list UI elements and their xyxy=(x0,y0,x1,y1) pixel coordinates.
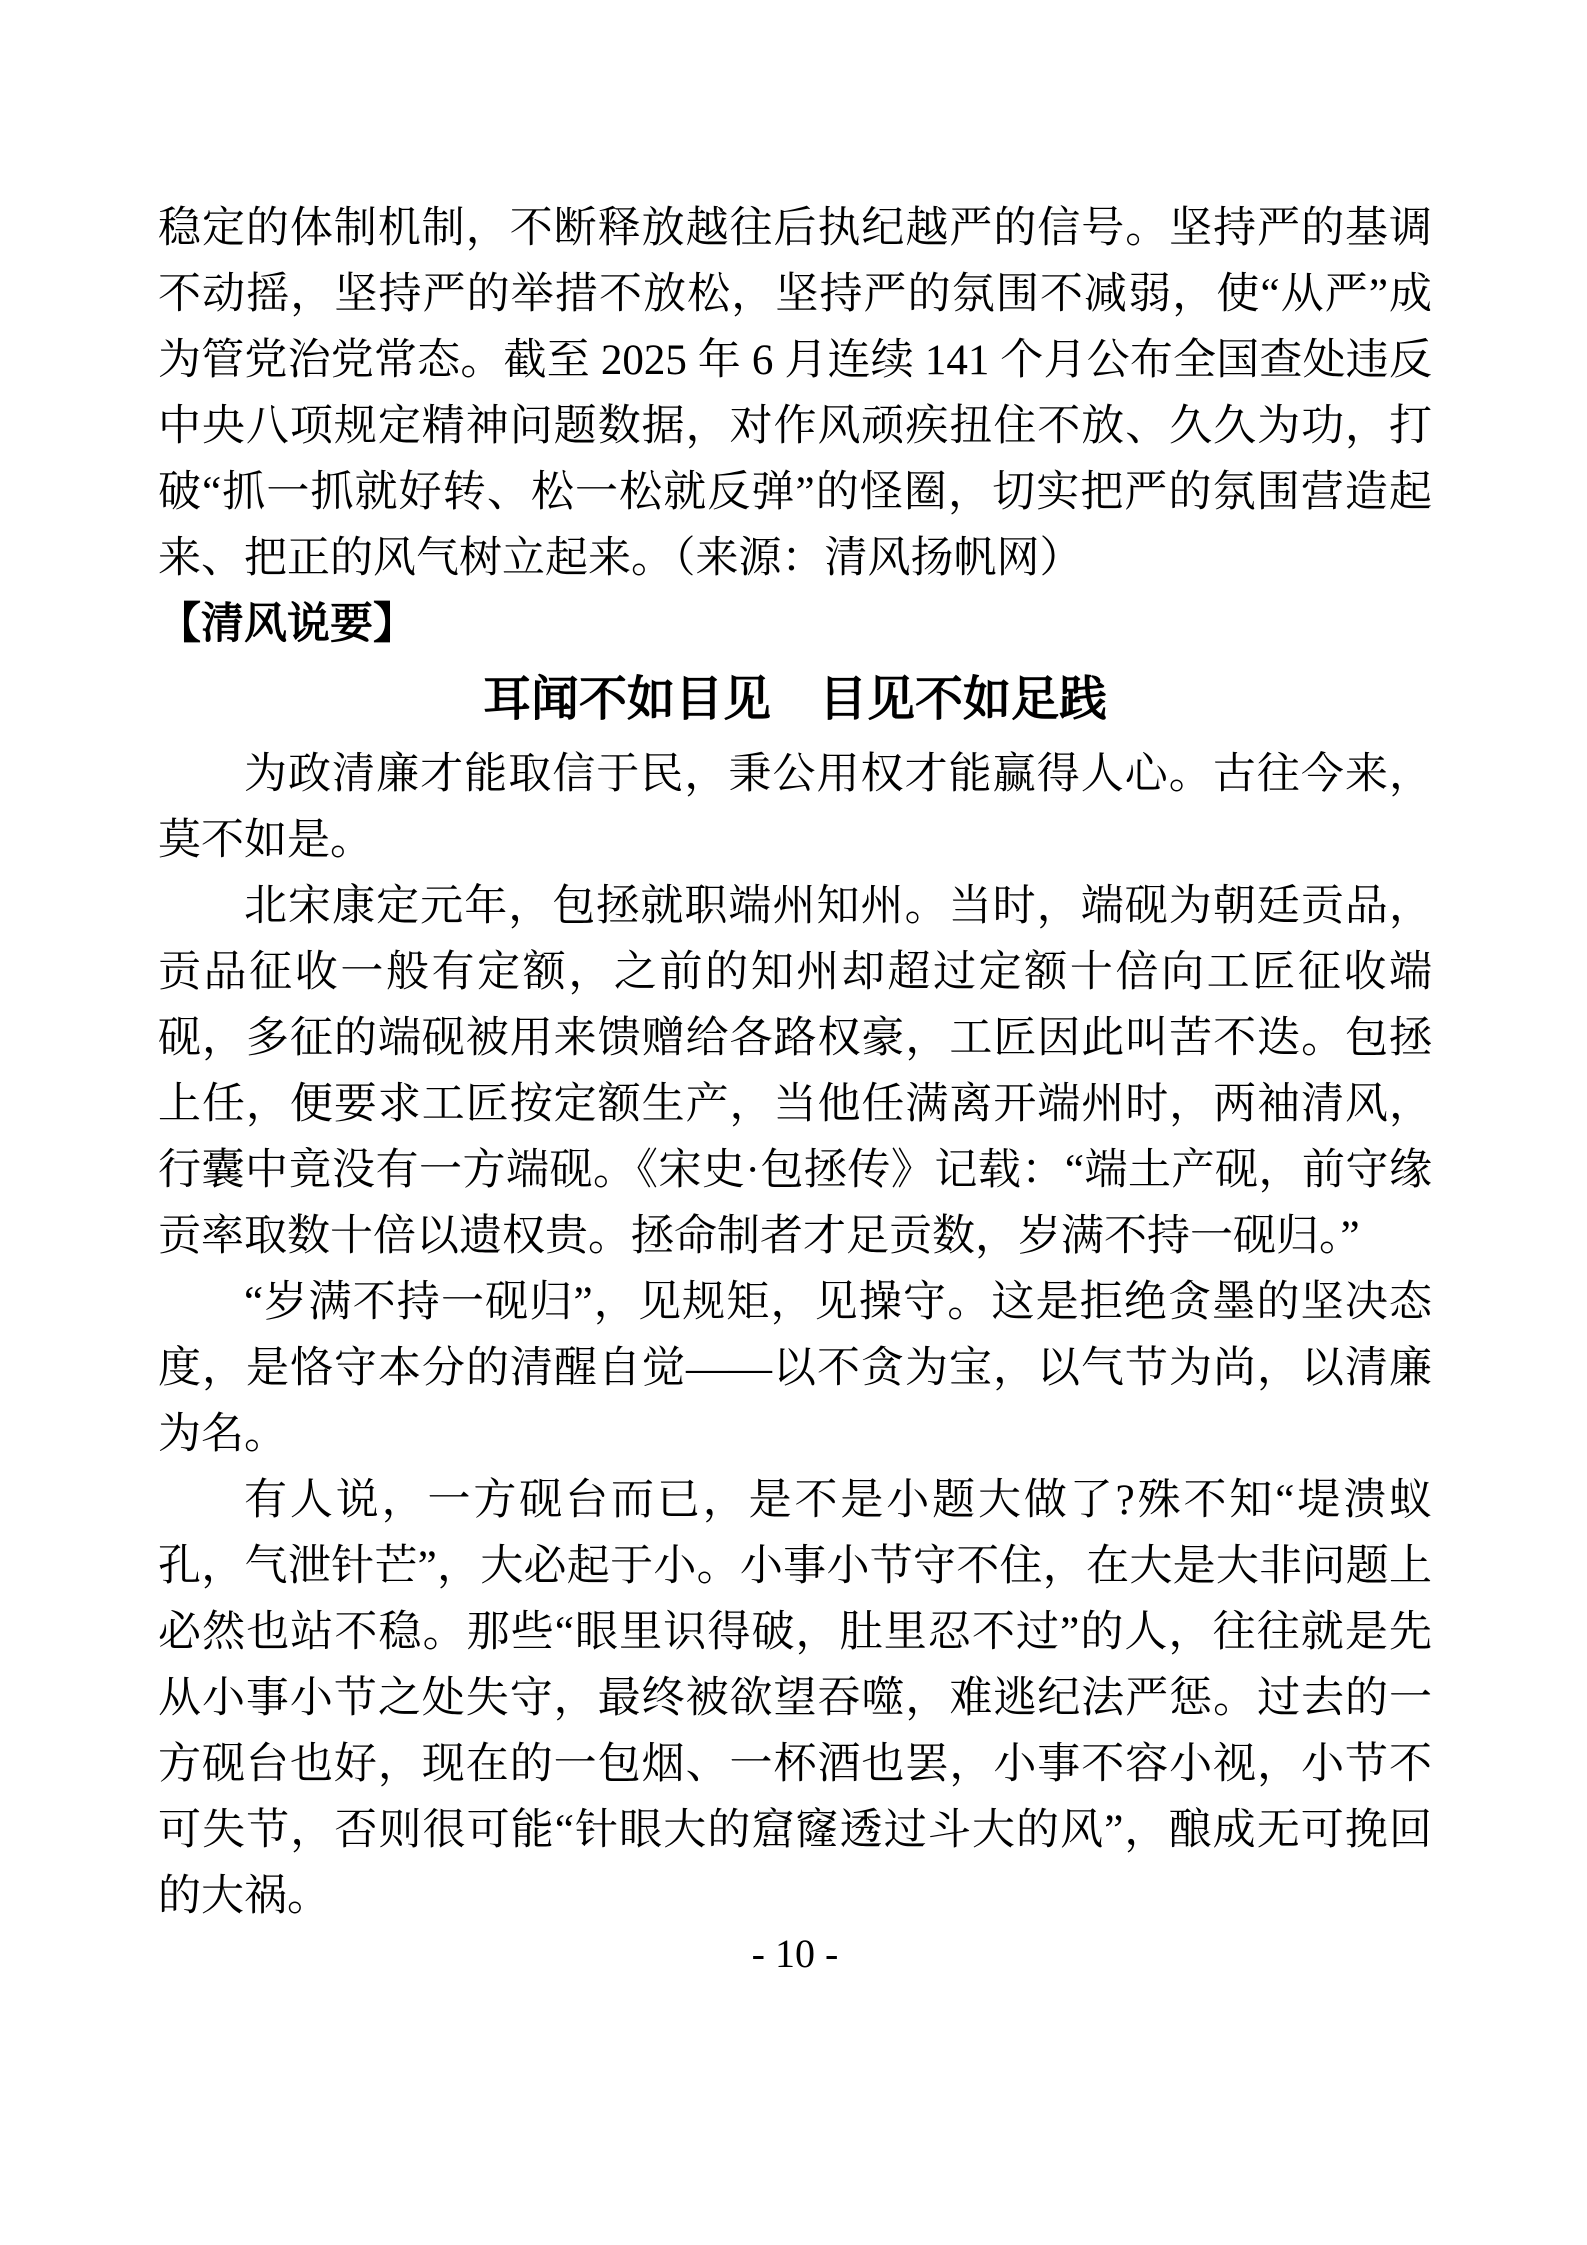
body-paragraph-3: “岁满不持一砚归”，见规矩，见操守。这是拒绝贪墨的坚决态度，是恪守本分的清醒自觉… xyxy=(158,1270,1432,1468)
body-paragraph-2: 北宋康定元年，包拯就职端州知州。当时，端砚为朝廷贡品，贡品征收一般有定额，之前的… xyxy=(158,874,1432,1270)
page-number: - 10 - xyxy=(158,1930,1432,1978)
body-paragraph-4: 有人说，一方砚台而已，是不是小题大做了?殊不知“堤溃蚁孔，气泄针芒”，大必起于小… xyxy=(158,1468,1432,1930)
continuation-paragraph: 稳定的体制机制，不断释放越往后执纪越严的信号。坚持严的基调不动摇，坚持严的举措不… xyxy=(158,196,1432,592)
body-paragraph-1: 为政清廉才能取信于民，秉公用权才能赢得人心。古往今来，莫不如是。 xyxy=(158,742,1432,874)
article-title: 耳闻不如目见 目见不如足践 xyxy=(158,658,1432,742)
section-header: 【清风说要】 xyxy=(158,592,1432,658)
document-page: 稳定的体制机制，不断释放越往后执纪越严的信号。坚持严的基调不动摇，坚持严的举措不… xyxy=(0,0,1587,2245)
